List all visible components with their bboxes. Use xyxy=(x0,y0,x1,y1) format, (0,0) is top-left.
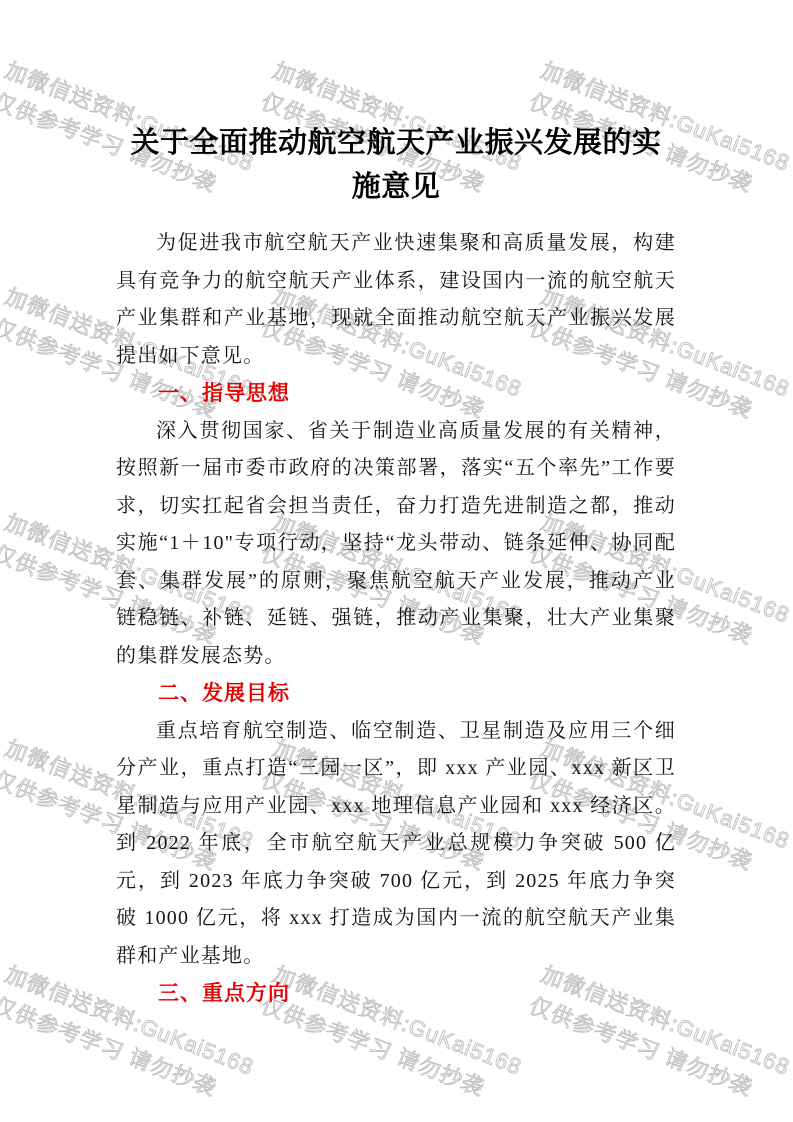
document-title: 关于全面推动航空航天产业振兴发展的实施意见 xyxy=(126,121,666,209)
section-heading-3: 三、重点方向 xyxy=(116,975,676,1013)
section-heading-1: 一、指导思想 xyxy=(116,375,676,413)
section-body-1: 深入贯彻国家、省关于制造业高质量发展的有关精神，按照新一届市委市政府的决策部署，… xyxy=(116,413,676,676)
document-content: 关于全面推动航空航天产业振兴发展的实施意见 为促进我市航空航天产业快速集聚和高质… xyxy=(0,121,793,1013)
intro-paragraph: 为促进我市航空航天产业快速集聚和高质量发展，构建具有竞争力的航空航天产业体系，建… xyxy=(116,225,676,375)
section-body-2: 重点培育航空制造、临空制造、卫星制造及应用三个细分产业，重点打造“三园一区”，即… xyxy=(116,713,676,976)
document-page: 加微信送资料:GuKai5168仅供参考学习 请勿抄袭 加微信送资料:GuKai… xyxy=(0,0,793,1122)
section-heading-2: 二、发展目标 xyxy=(116,675,676,713)
